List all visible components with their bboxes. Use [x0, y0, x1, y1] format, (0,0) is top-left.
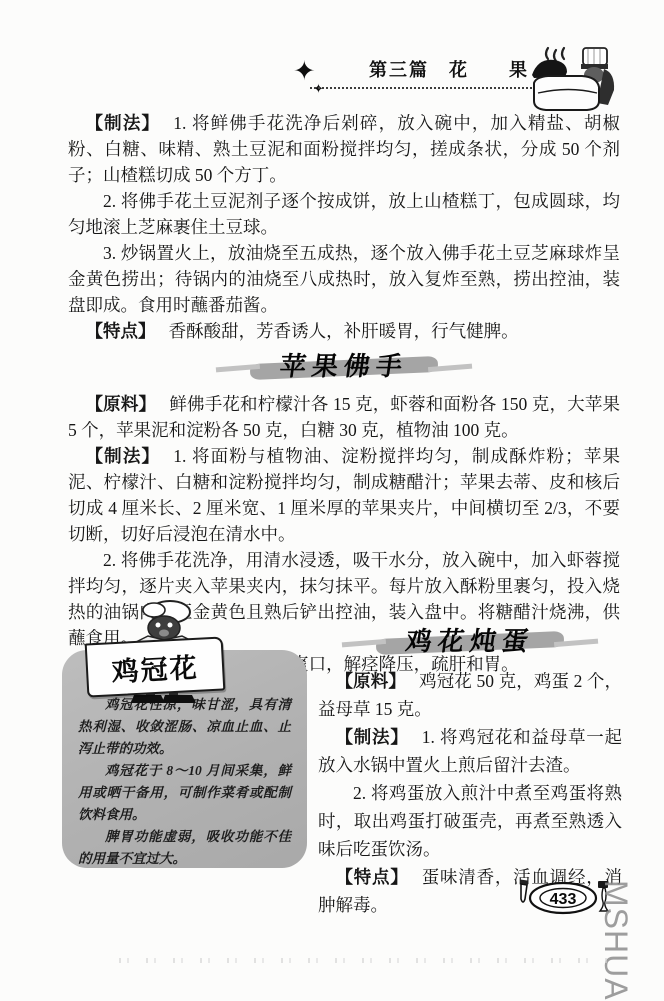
recipe-title: 苹果佛手	[278, 353, 410, 379]
paragraph-label: 【原料】	[336, 671, 407, 691]
paragraph-label: 【特点】	[86, 321, 156, 341]
paragraph-text: 2. 将鸡蛋放入煎汁中煮至鸡蛋将熟时，取出鸡蛋打破蛋壳，再煮至熟透入味后吃蛋饮汤…	[318, 783, 622, 859]
paragraph-label: 【原料】	[86, 394, 157, 414]
paragraph: 3. 炒锅置火上，放油烧至五成热，逐个放入佛手花土豆芝麻球炸呈金黄色捞出；待锅内…	[68, 240, 620, 318]
book-page: ✦ ✦ 第三篇 花 果 【制法】1. 将鲜佛手花洗净后剁碎，放入碗中，加入精盐、…	[0, 0, 664, 1001]
paragraph: 2. 将鸡蛋放入煎汁中煮至鸡蛋将熟时，取出鸡蛋打破蛋壳，再煮至熟透入味后吃蛋饮汤…	[318, 779, 622, 863]
chef-sign-illustration: 鸡冠花	[84, 600, 249, 706]
paragraph: 【制法】1. 将鲜佛手花洗净后剁碎，放入碗中，加入精盐、胡椒粉、白糖、味精、熟土…	[68, 110, 620, 188]
steaming-dish-chef-icon	[524, 42, 620, 116]
right-text-column: 鸡花炖蛋 【原料】鸡冠花 50 克，鸡蛋 2 个，益母草 15 克。 【制法】1…	[318, 618, 622, 919]
paragraph-label: 【特点】	[336, 867, 409, 887]
sign-board: 鸡冠花	[85, 636, 226, 697]
paragraph: 2. 将佛手花土豆泥剂子逐个按成饼，放上山楂糕丁，包成圆球，均匀地滚上芝麻裹住土…	[68, 188, 620, 240]
paragraph-text: 2. 将佛手花土豆泥剂子逐个按成饼，放上山楂糕丁，包成圆球，均匀地滚上芝麻裹住土…	[68, 191, 620, 237]
paragraph-label: 【制法】	[86, 446, 161, 466]
page-number: 433	[550, 891, 577, 908]
recipe-title-banner: 苹果佛手	[266, 353, 422, 382]
paragraph: 【制法】1. 将鸡冠花和益母草一起放入水锅中置火上煎后留汁去渣。	[318, 723, 622, 779]
paragraph-text: 香酥酸甜，芳香诱人，补肝暖胃，行气健脾。	[169, 321, 519, 341]
scan-noise	[112, 958, 610, 963]
paragraph: 【原料】鸡冠花 50 克，鸡蛋 2 个，益母草 15 克。	[318, 667, 622, 723]
knife-icon	[520, 879, 528, 902]
paragraph: 【制法】1. 将面粉与植物油、淀粉搅拌均匀，制成酥炸粉；苹果泥、柠檬汁、白糖和淀…	[68, 443, 620, 547]
watermark: MSHUA	[597, 880, 634, 1001]
sign-title: 鸡冠花	[111, 645, 200, 688]
main-text-column: 【制法】1. 将鲜佛手花洗净后剁碎，放入碗中，加入精盐、胡椒粉、白糖、味精、熟土…	[68, 110, 620, 677]
paragraph-label: 【制法】	[86, 113, 161, 133]
info-paragraph: 脾胃功能虚弱，吸收功能不佳的用量不宜过大。	[78, 826, 291, 870]
paragraph: 【原料】鲜佛手花和柠檬汁各 15 克，虾蓉和面粉各 150 克，大苹果 5 个，…	[68, 391, 620, 443]
paragraph-text: 3. 炒锅置火上，放油烧至五成热，逐个放入佛手花土豆芝麻球炸呈金黄色捞出；待锅内…	[68, 243, 620, 315]
info-paragraph: 鸡冠花于 8～10 月间采集，鲜用或晒干备用，可制作菜肴或配制饮料食用。	[78, 760, 291, 826]
recipe-title: 鸡花炖蛋	[404, 627, 536, 655]
paragraph: 【特点】香酥酸甜，芳香诱人，补肝暖胃，行气健脾。	[68, 318, 620, 344]
recipe-title-banner: 鸡花炖蛋	[392, 627, 548, 658]
paragraph-label: 【制法】	[336, 727, 409, 747]
